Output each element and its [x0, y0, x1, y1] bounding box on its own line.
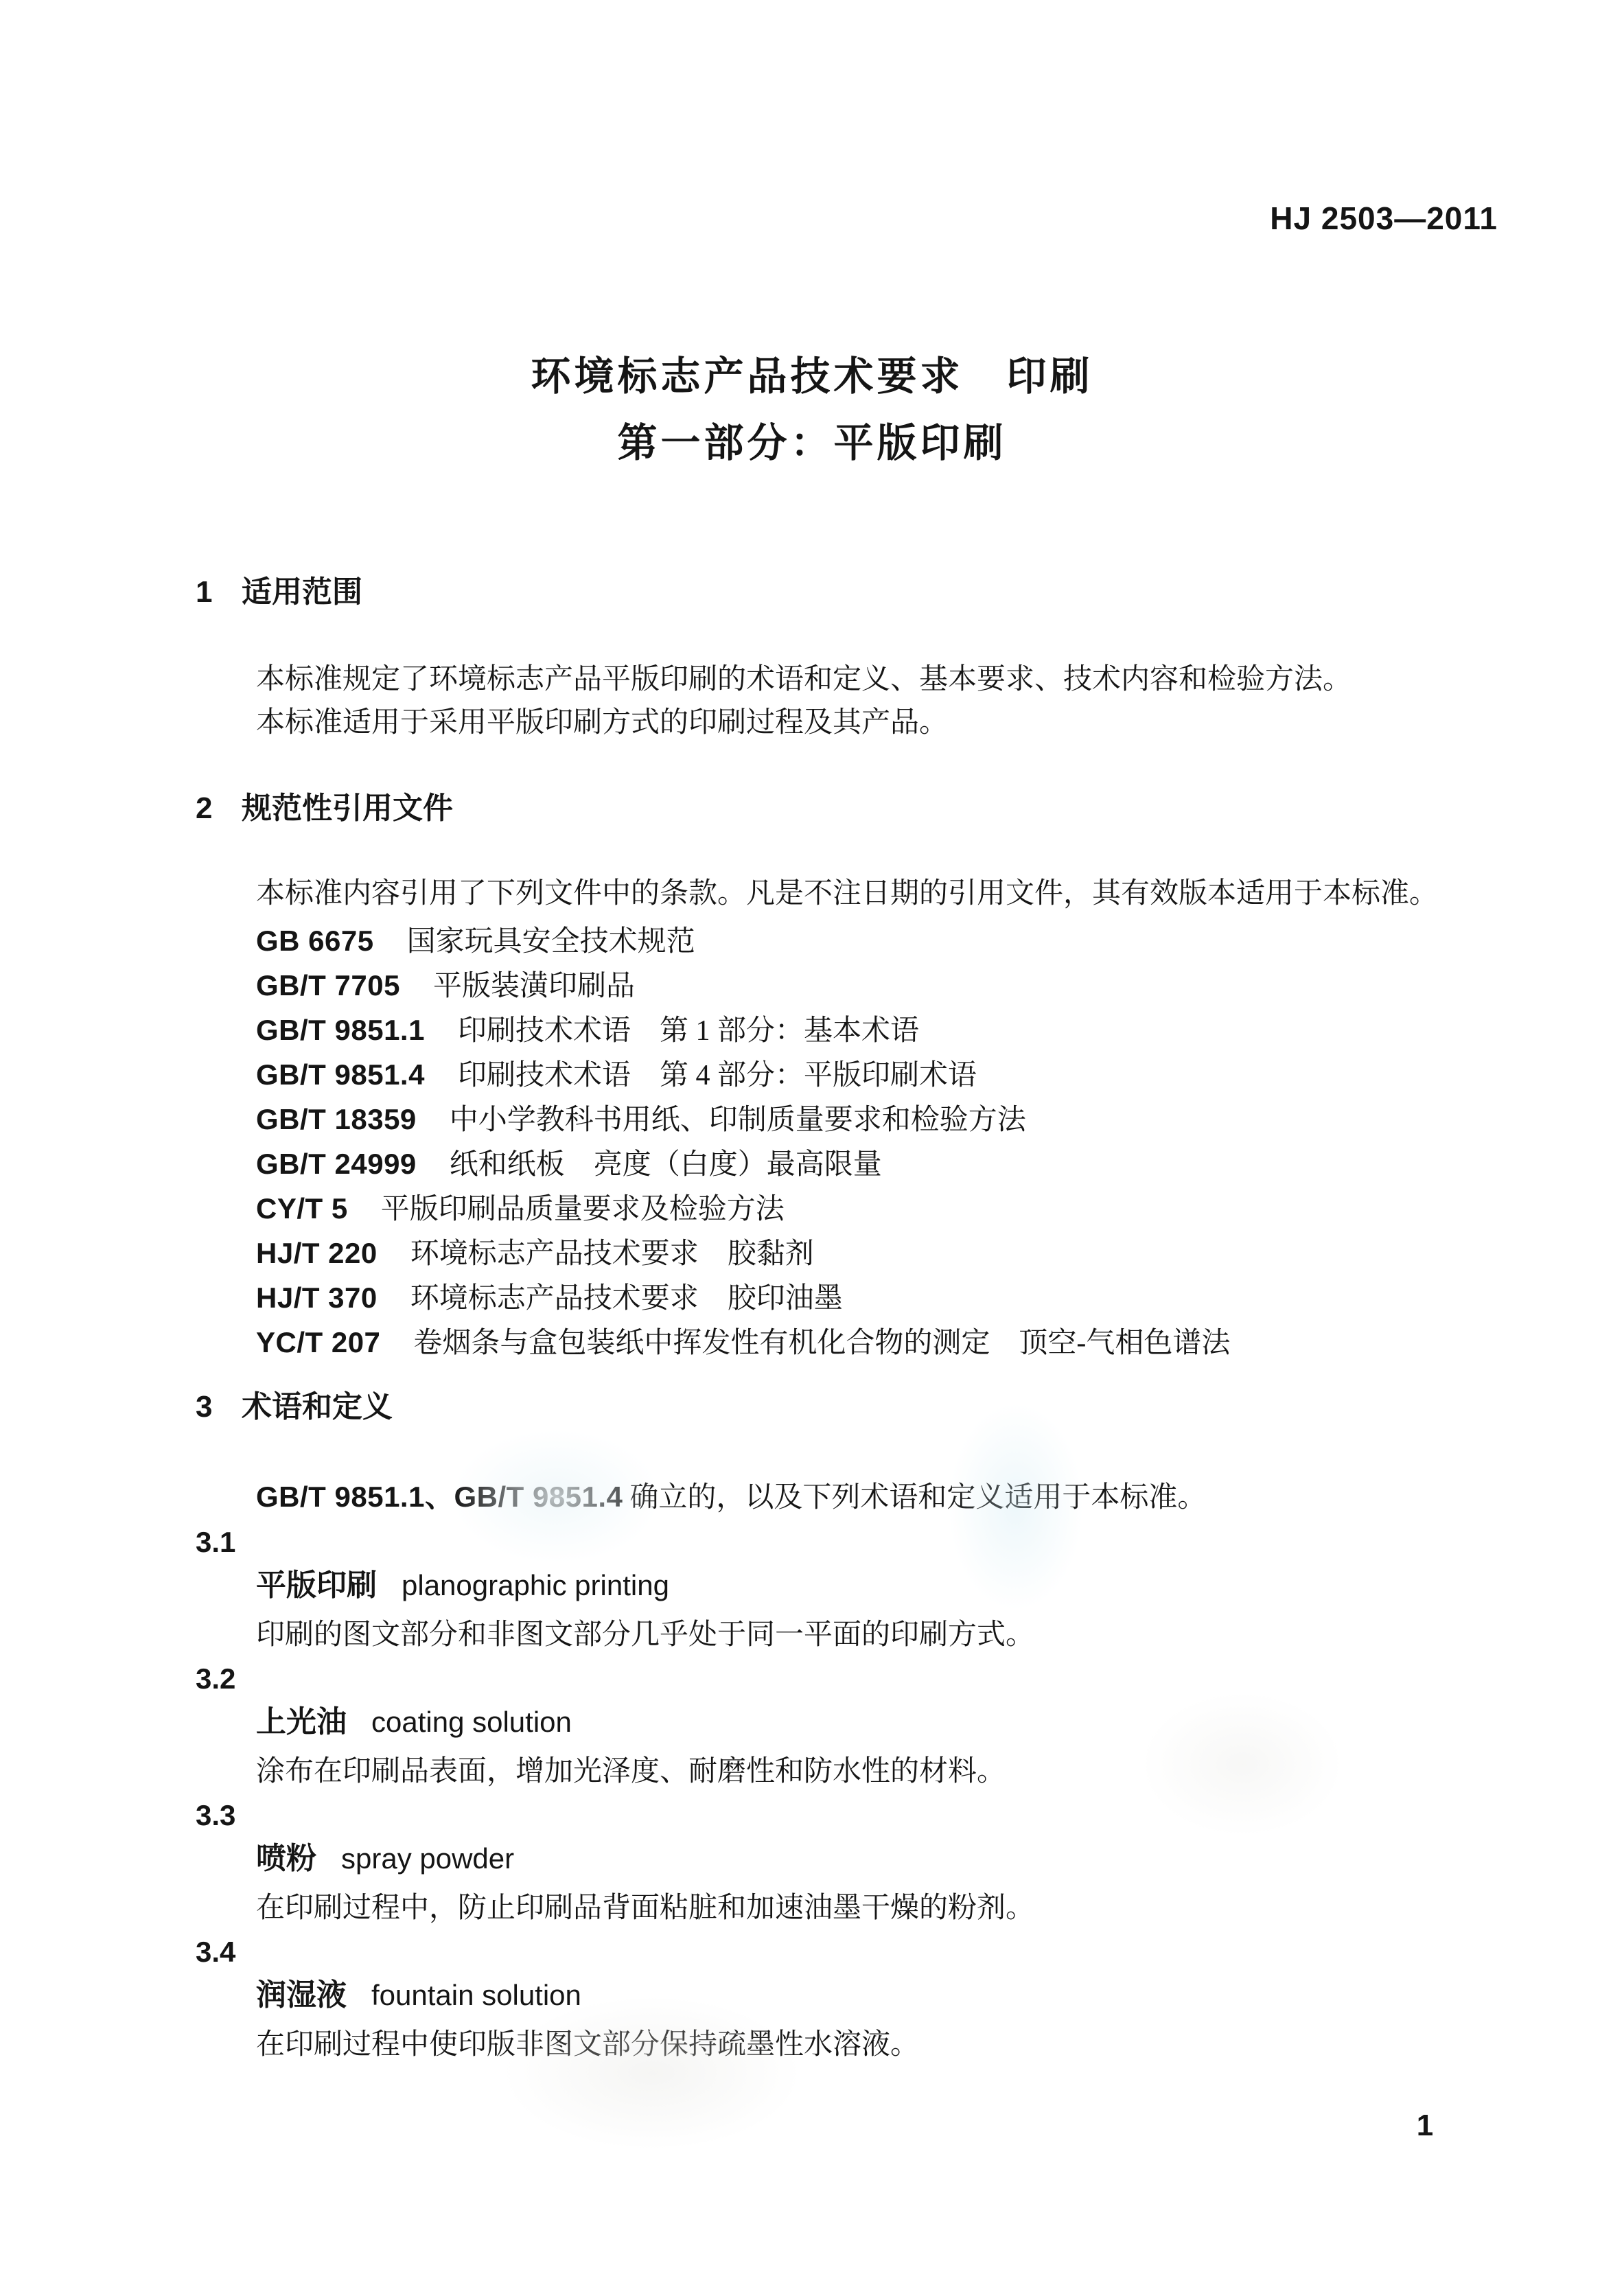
section-1-number: 1 — [196, 570, 242, 614]
term-definition: 印刷的图文部分和非图文部分几乎处于同一平面的印刷方式。 — [196, 1614, 1521, 1657]
reference-code: YC/T 207 — [256, 1326, 380, 1358]
reference-name: 卷烟条与盒包装纸中挥发性有机化合物的测定 顶空-气相色谱法 — [413, 1327, 1230, 1359]
reference-item: GB/T 9851.4印刷技术术语 第 4 部分：平版印刷术语 — [196, 1053, 1521, 1098]
term-name-english: fountain solution — [371, 1979, 581, 2011]
term-entry: 3.3 喷粉spray powder 在印刷过程中，防止印刷品背面粘脏和加速油墨… — [196, 1794, 1521, 1930]
section-3-heading: 3术语和定义 — [196, 1385, 1521, 1428]
reference-item: GB/T 7705平版装潢印刷品 — [196, 964, 1521, 1008]
term-number: 3.4 — [196, 1930, 1521, 1973]
page-number: 1 — [1404, 2109, 1446, 2143]
term-name-chinese: 喷粉 — [256, 1842, 316, 1875]
section-3-title: 术语和定义 — [242, 1390, 393, 1424]
term-number: 3.3 — [196, 1794, 1521, 1837]
reference-name: 国家玩具安全技术规范 — [407, 926, 695, 958]
reference-item: GB/T 24999纸和纸板 亮度（白度）最高限量 — [196, 1142, 1521, 1187]
reference-name: 环境标志产品技术要求 胶黏剂 — [410, 1238, 814, 1270]
term-entry: 3.2 上光油coating solution 涂布在印刷品表面，增加光泽度、耐… — [196, 1657, 1521, 1794]
reference-code: CY/T 5 — [256, 1192, 348, 1225]
reference-name: 平版印刷品质量要求及检验方法 — [381, 1194, 785, 1225]
reference-item: GB/T 18359中小学教科书用纸、印制质量要求和检验方法 — [196, 1098, 1521, 1142]
reference-code: HJ/T 370 — [256, 1282, 378, 1314]
term-entry: 3.4 润湿液fountain solution 在印刷过程中使印版非图文部分保… — [196, 1930, 1521, 2067]
reference-item: CY/T 5平版印刷品质量要求及检验方法 — [196, 1187, 1521, 1231]
term-name-english: coating solution — [371, 1706, 572, 1738]
reference-name: 印刷技术术语 第 1 部分：基本术语 — [458, 1015, 919, 1047]
document-body: 1适用范围 本标准规定了环境标志产品平版印刷的术语和定义、基本要求、技术内容和检… — [196, 0, 1521, 2067]
section-2-title: 规范性引用文件 — [242, 791, 453, 825]
reference-name: 平版装潢印刷品 — [433, 971, 635, 1002]
term-definition-list: 3.1 平版印刷planographic printing 印刷的图文部分和非图… — [196, 1520, 1521, 2067]
section-1-title: 适用范围 — [242, 575, 362, 609]
reference-code: HJ/T 220 — [256, 1237, 378, 1269]
reference-item: HJ/T 220环境标志产品技术要求 胶黏剂 — [196, 1231, 1521, 1276]
term-definition: 在印刷过程中使印版非图文部分保持疏墨性水溶液。 — [196, 2024, 1521, 2067]
section-2-heading: 2规范性引用文件 — [196, 787, 1521, 830]
scope-paragraph-2: 本标准适用于采用平版印刷方式的印刷过程及其产品。 — [196, 701, 1521, 745]
section-1-heading: 1适用范围 — [196, 570, 1521, 614]
term-entry: 3.1 平版印刷planographic printing 印刷的图文部分和非图… — [196, 1520, 1521, 1657]
reference-code: GB 6675 — [256, 925, 374, 957]
reference-name: 纸和纸板 亮度（白度）最高限量 — [450, 1149, 882, 1181]
references-intro: 本标准内容引用了下列文件中的条款。凡是不注日期的引用文件，其有效版本适用于本标准… — [196, 872, 1521, 916]
term-name-chinese: 润湿液 — [256, 1978, 347, 2012]
term-heading: 润湿液fountain solution — [196, 1973, 1521, 2024]
reference-code: GB/T 9851.4 — [256, 1058, 425, 1091]
reference-item: HJ/T 370环境标志产品技术要求 胶印油墨 — [196, 1276, 1521, 1321]
reference-name: 印刷技术术语 第 4 部分：平版印刷术语 — [458, 1060, 977, 1091]
term-name-chinese: 平版印刷 — [256, 1568, 377, 1602]
reference-code: GB/T 24999 — [256, 1148, 417, 1180]
term-name-english: spray powder — [341, 1842, 514, 1875]
term-definition: 涂布在印刷品表面，增加光泽度、耐磨性和防水性的材料。 — [196, 1750, 1521, 1794]
reference-code: GB/T 18359 — [256, 1103, 417, 1135]
term-number: 3.1 — [196, 1520, 1521, 1564]
term-name-english: planographic printing — [402, 1569, 669, 1601]
section-3-number: 3 — [196, 1385, 242, 1428]
term-definition: 在印刷过程中，防止印刷品背面粘脏和加速油墨干燥的粉剂。 — [196, 1887, 1521, 1930]
terms-intro-text: 确立的，以及下列术语和定义适用于本标准。 — [629, 1482, 1206, 1514]
reference-name: 环境标志产品技术要求 胶印油墨 — [410, 1283, 843, 1314]
reference-code: GB/T 7705 — [256, 969, 400, 1001]
reference-item: YC/T 207卷烟条与盒包装纸中挥发性有机化合物的测定 顶空-气相色谱法 — [196, 1321, 1521, 1365]
term-name-chinese: 上光油 — [256, 1705, 347, 1739]
term-number: 3.2 — [196, 1657, 1521, 1700]
term-heading: 喷粉spray powder — [196, 1837, 1521, 1887]
reference-name: 中小学教科书用纸、印制质量要求和检验方法 — [450, 1104, 1026, 1136]
term-heading: 平版印刷planographic printing — [196, 1564, 1521, 1614]
section-2-number: 2 — [196, 787, 242, 830]
terms-intro: GB/T 9851.1、GB/T 9851.4确立的，以及下列术语和定义适用于本… — [196, 1475, 1521, 1520]
terms-intro-codes: GB/T 9851.1、GB/T 9851.4 — [256, 1481, 623, 1513]
reference-list: GB 6675国家玩具安全技术规范 GB/T 7705平版装潢印刷品 GB/T … — [196, 919, 1521, 1365]
document-page: HJ 2503—2011 环境标志产品技术要求 印刷 第一部分：平版印刷 1适用… — [0, 0, 1624, 2296]
reference-item: GB 6675国家玩具安全技术规范 — [196, 919, 1521, 964]
scope-paragraph-1: 本标准规定了环境标志产品平版印刷的术语和定义、基本要求、技术内容和检验方法。 — [196, 658, 1521, 701]
reference-item: GB/T 9851.1印刷技术术语 第 1 部分：基本术语 — [196, 1008, 1521, 1053]
reference-code: GB/T 9851.1 — [256, 1014, 425, 1046]
term-heading: 上光油coating solution — [196, 1700, 1521, 1750]
